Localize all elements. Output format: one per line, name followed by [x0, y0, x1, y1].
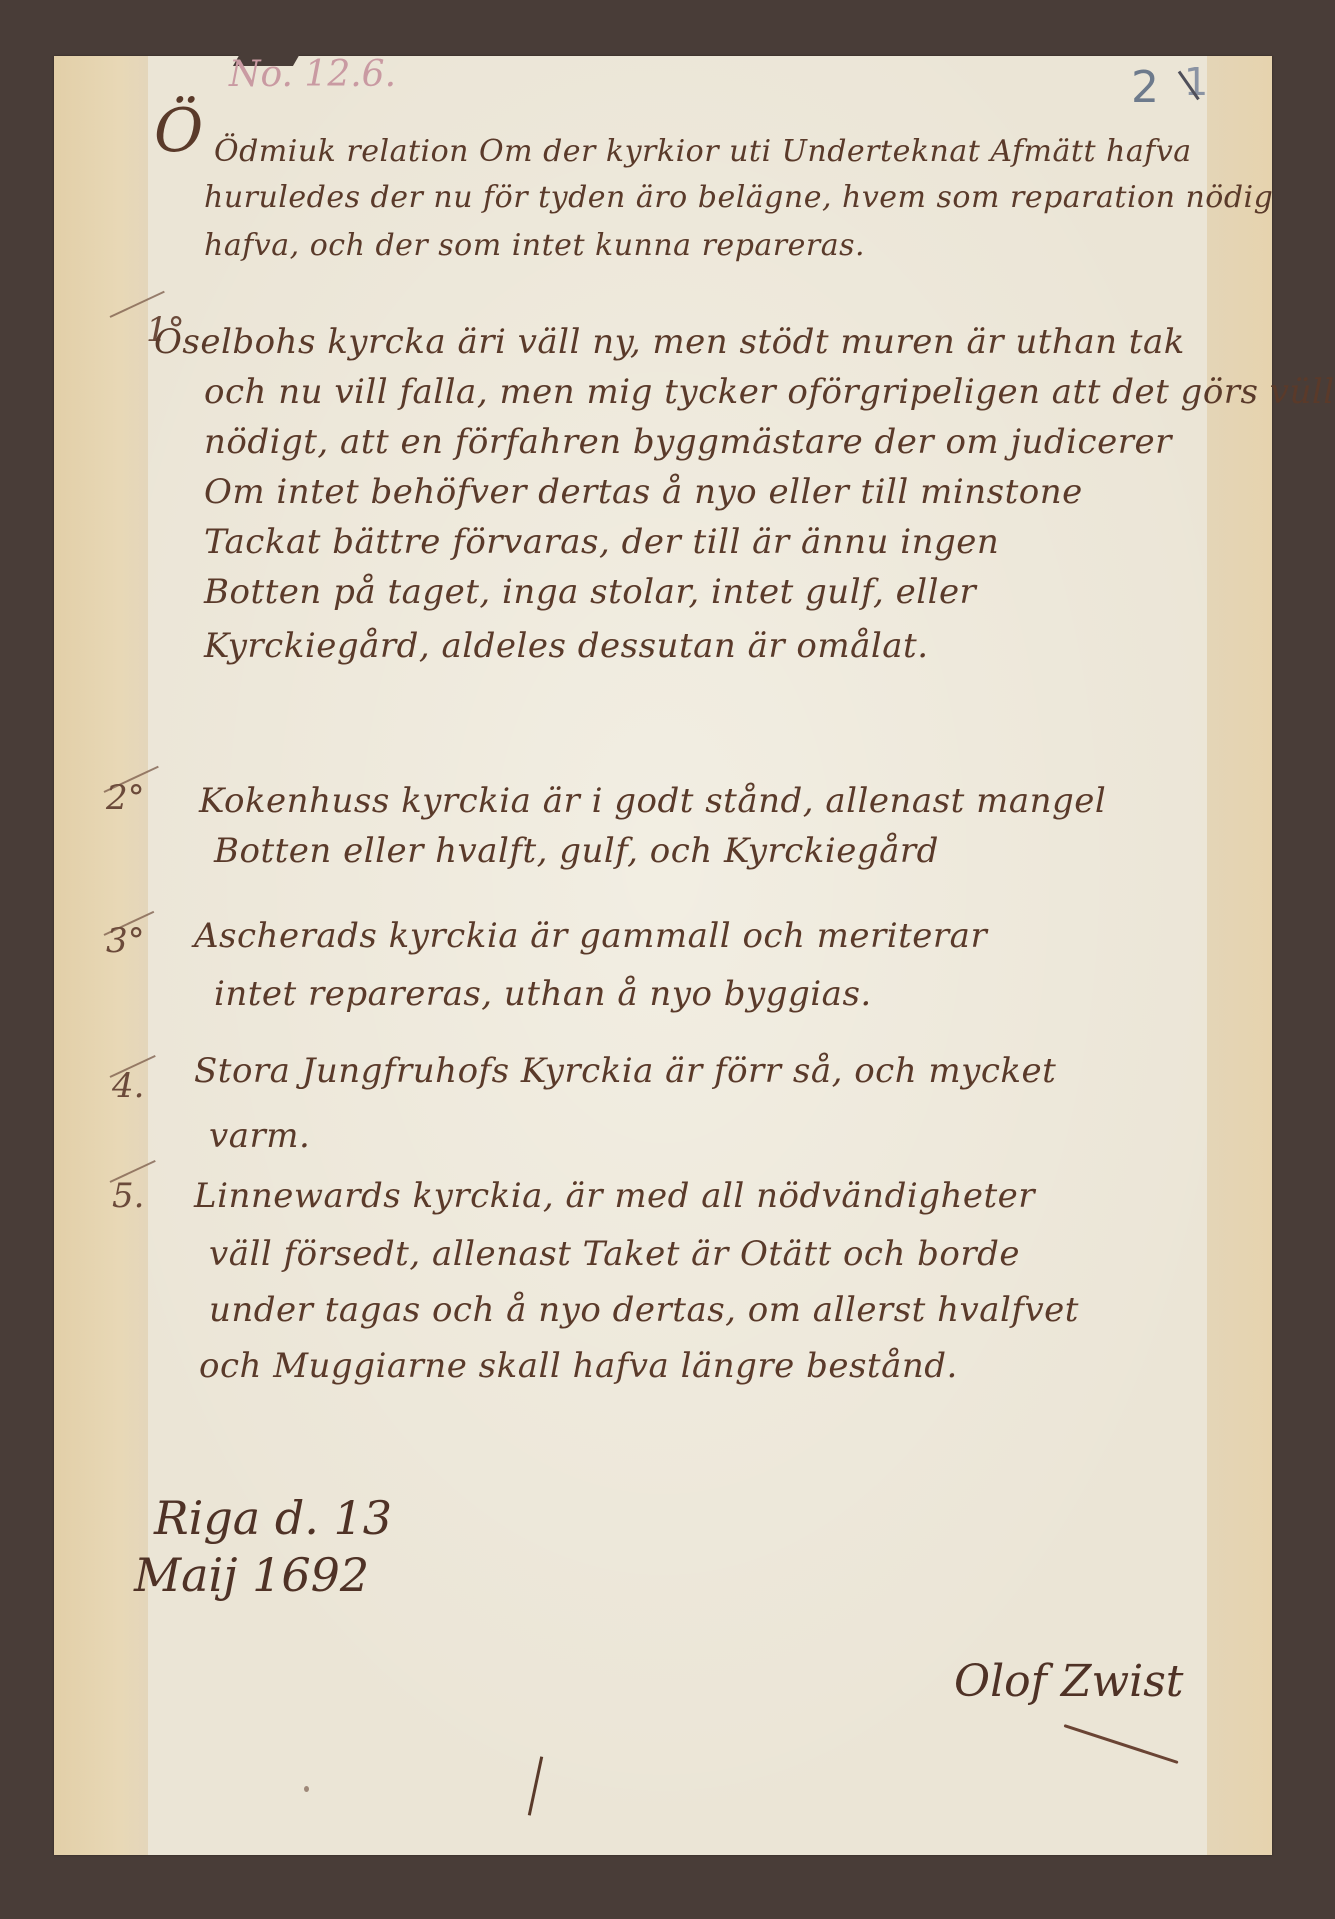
- item-4-line-1: Stora Jungfruhofs Kyrckia är förr så, oc…: [194, 1051, 1056, 1091]
- item-number-2: 2°: [106, 778, 145, 818]
- archive-number: No. 12.6.: [229, 54, 396, 95]
- manuscript-page: No. 12.6. 2 1 Ö Ödmiuk relation Om der k…: [54, 56, 1272, 1855]
- item-number-3: 3°: [106, 921, 145, 961]
- item-1-line-5: Tackat bättre förvaras, der till är ännu…: [204, 522, 999, 562]
- item-2-line-1: Kokenhuss kyrckia är i godt stånd, allen…: [199, 781, 1106, 821]
- ink-stroke-mark: [528, 1756, 543, 1815]
- item-5-line-1: Linnewards kyrckia, är med all nödvändig…: [194, 1176, 1035, 1216]
- item-5-line-2: väll försedt, allenast Taket är Otätt oc…: [209, 1234, 1020, 1274]
- date-line-2: Maij 1692: [134, 1548, 369, 1602]
- item-5-line-3: under tagas och å nyo dertas, om allerst…: [209, 1290, 1079, 1330]
- item-1-line-6: Botten på taget, inga stolar, intet gulf…: [204, 572, 976, 612]
- signature: Olof Zwist: [954, 1656, 1183, 1707]
- item-1-line-1: Oselbohs kyrcka äri väll ny, men stödt m…: [154, 322, 1185, 362]
- item-1-line-4: Om intet behöfver dertas å nyo eller til…: [204, 472, 1083, 512]
- item-2-line-2: Botten eller hvalft, gulf, och Kyrckiegå…: [214, 831, 939, 871]
- item-1-line-2: och nu vill falla, men mig tycker oförgr…: [204, 372, 1335, 412]
- item-number-4: 4.: [112, 1066, 144, 1106]
- item-1-line-3: nödigt, att en förfahren byggmästare der…: [204, 422, 1172, 462]
- item-3-line-1: Ascherads kyrckia är gammall och meriter…: [194, 916, 987, 956]
- page-number: 2: [1131, 62, 1159, 113]
- item-3-line-2: intet repareras, uthan å nyo byggias.: [214, 974, 872, 1014]
- item-number-5: 5.: [112, 1176, 144, 1216]
- item-5-line-4: och Muggiarne skall hafva längre bestånd…: [199, 1346, 958, 1386]
- item-4-line-2: varm.: [209, 1116, 310, 1156]
- right-binding-strip: [1207, 56, 1272, 1855]
- date-line-1: Riga d. 13: [154, 1491, 392, 1545]
- signature-flourish: [1064, 1724, 1179, 1764]
- header-line-3: hafva, och der som intet kunna repareras…: [204, 228, 865, 263]
- decorative-initial: Ö: [154, 96, 203, 166]
- header-line-1: Ödmiuk relation Om der kyrkior uti Under…: [214, 134, 1192, 169]
- header-line-2: huruledes der nu för tyden äro belägne, …: [204, 180, 1273, 215]
- item-1-line-7: Kyrckiegård, aldeles dessutan är omålat.: [204, 626, 929, 666]
- ink-spot: [304, 1786, 309, 1792]
